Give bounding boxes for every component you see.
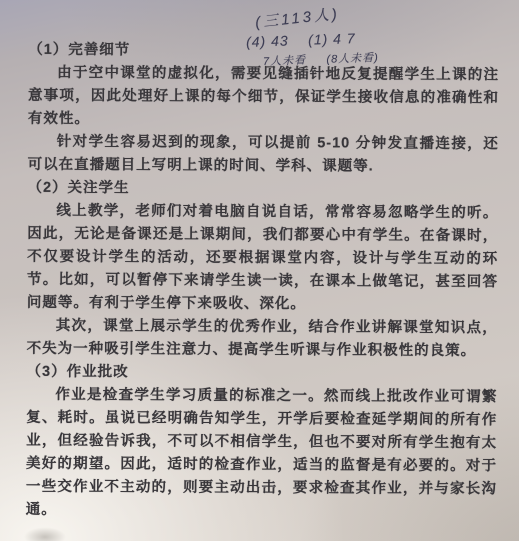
- paragraph-2-1: 线上教学，老师们对着电脑自说自话，常常容易忽略学生的听。因此，无论是备课还是上课…: [27, 200, 499, 317]
- document-photo: (三113人) (4) 43 (1) 4 7 7人未看 (8人未看) （1）完善…: [0, 0, 519, 541]
- document-text: （1）完善细节 由于空中课堂的虚拟化，需要见缝插针地反复提醒学生上课的注意事项，…: [26, 39, 500, 524]
- paragraph-1-1: 由于空中课堂的虚拟化，需要见缝插针地反复提醒学生上课的注意事项，因此处理好上课的…: [28, 62, 499, 133]
- section-heading-1: （1）完善细节: [28, 39, 499, 64]
- section-heading-3: （3）作业批改: [26, 361, 497, 386]
- paragraph-3-1: 作业是检查学生学习质量的标准之一。然而线上批改作业可谓繁复、耗时。虽说已经明确告…: [26, 384, 498, 524]
- paragraph-2-2: 其次，课堂上展示学生的优秀作业，结合作业讲解课堂知识点，不失为一种吸引学生注意力…: [27, 315, 498, 363]
- handwritten-note-total: (三113人): [254, 3, 341, 33]
- section-heading-2: （2）关注学生: [27, 177, 498, 202]
- paragraph-1-2: 针对学生容易迟到的现象，可以提前 5-10 分钟发直播连接，还可以在直播题目上写…: [28, 131, 499, 179]
